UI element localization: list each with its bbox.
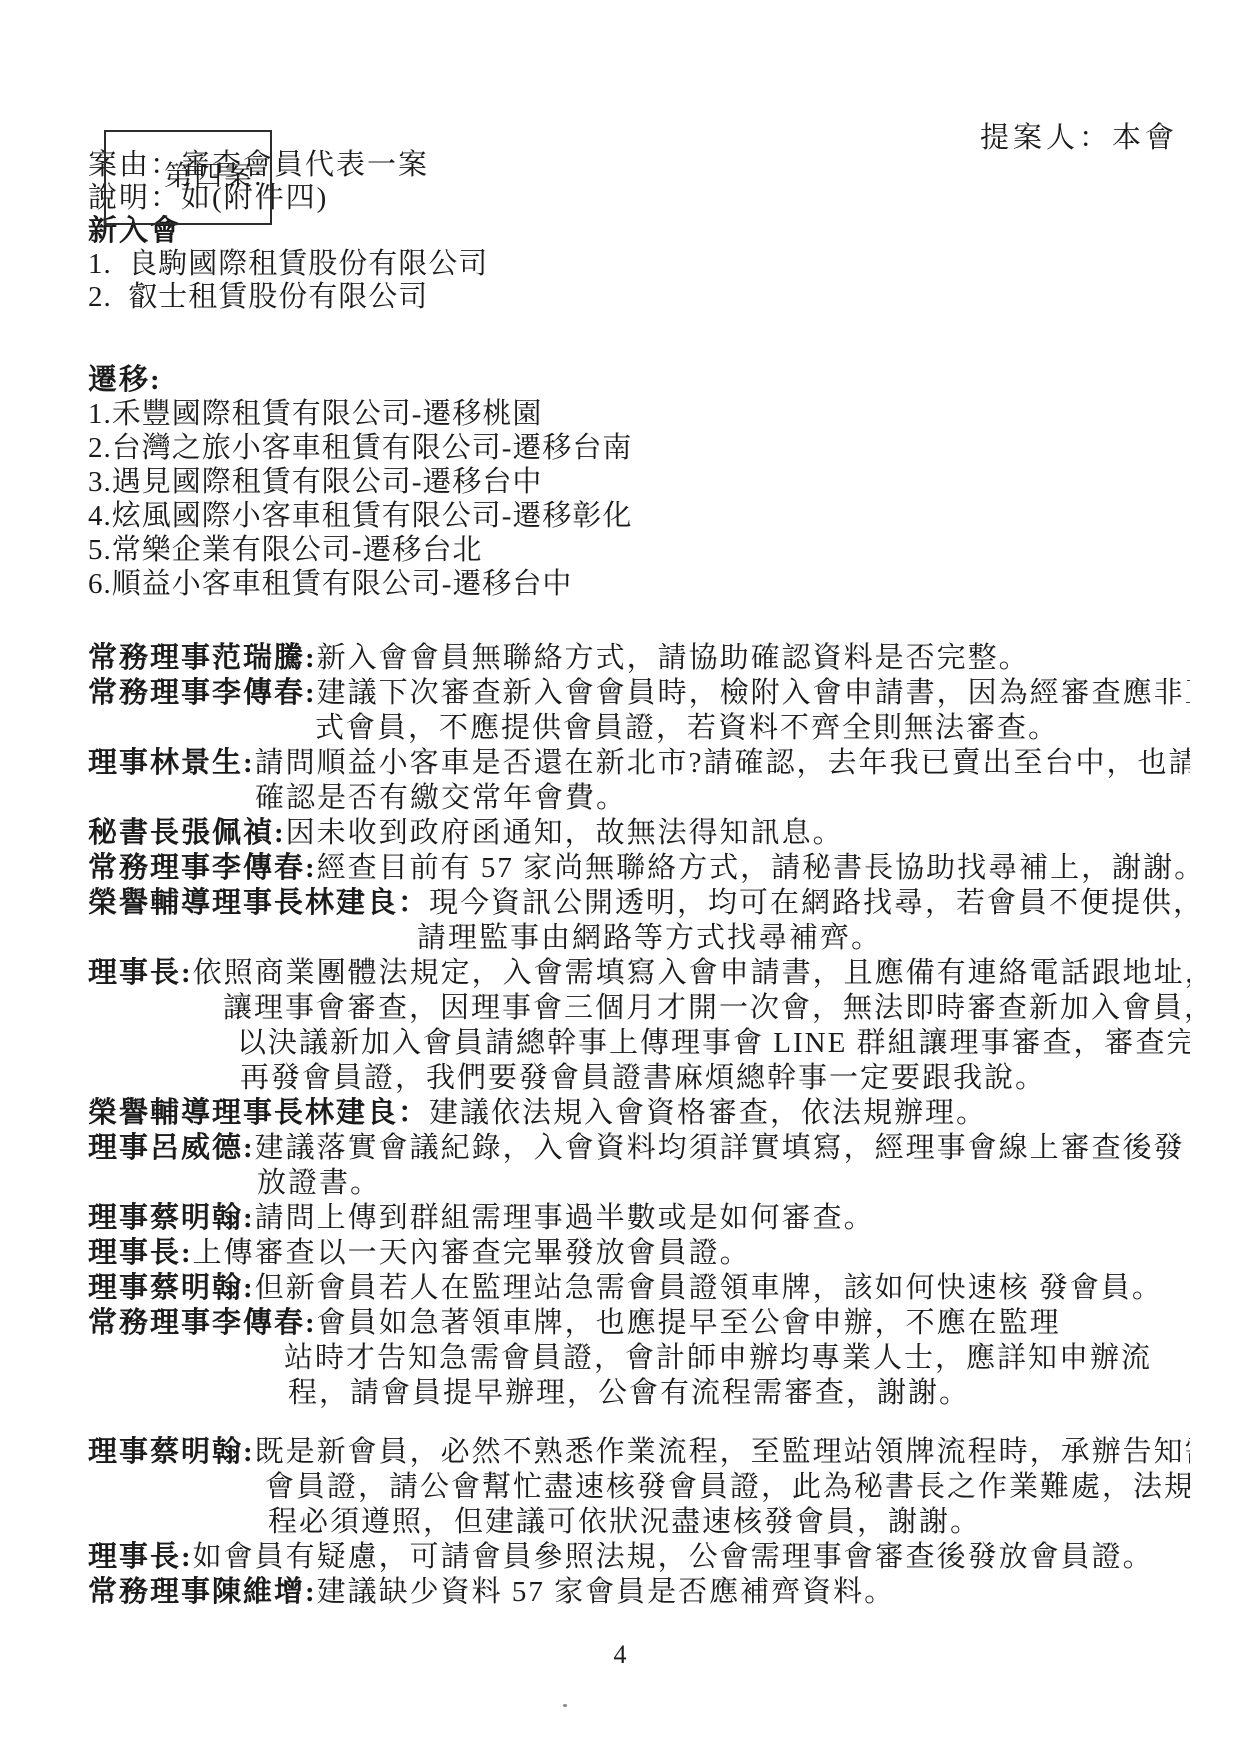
speech-text-continuation: 站時才告知急需會員證，會計師申辦均專業人士，應詳知申辦流 bbox=[284, 1341, 1190, 1376]
discussion-entry: 理事蔡明翰:但新會員若人在監理站急需會員證領車牌，該如何快速核 發會員。 bbox=[88, 1271, 1190, 1306]
relocations-section: 遷移: 1.禾豐國際租賃有限公司-遷移桃園2.台灣之旅小客車租賃有限公司-遷移台… bbox=[88, 364, 1190, 601]
scan-artifact-dot bbox=[563, 1704, 567, 1707]
speech-line: 理事林景生:請問順益小客車是否還在新北市?請確認，去年我已賣出至台中，也請 bbox=[88, 746, 1190, 781]
speaker-label: 常務理事李傳春: bbox=[88, 852, 317, 884]
list-item: 6.順益小客車租賃有限公司-遷移台中 bbox=[88, 567, 1190, 601]
speech-text-continuation: 再發會員證，我們要發會員證書麻煩總幹事一定要跟我說。 bbox=[240, 1061, 1190, 1096]
speaker-label: 榮譽輔導理事長林建良： bbox=[88, 1097, 429, 1129]
speaker-label: 理事蔡明翰: bbox=[88, 1202, 255, 1234]
speech-text: 經查目前有 57 家尚無聯絡方式，請秘書長協助找尋補上，謝謝。 bbox=[317, 852, 1190, 884]
speech-text: 建議下次審查新入會會員時，檢附入會申請書，因為經審查應非正 bbox=[317, 677, 1190, 709]
speech-line: 常務理事范瑞騰:新入會會員無聯絡方式，請協助確認資料是否完整。 bbox=[88, 641, 1190, 676]
speaker-label: 常務理事陳維增: bbox=[88, 1576, 317, 1608]
list-item: 3.遇見國際租賃有限公司-遷移台中 bbox=[88, 465, 1190, 499]
speech-text: 會員如急著領車牌，也應提早至公會申辦，不應在監理 bbox=[317, 1307, 1061, 1339]
speech-text-continuation: 放證書。 bbox=[257, 1166, 1190, 1201]
page-number: 4 bbox=[0, 1640, 1240, 1670]
speech-text-continuation: 讓理事會審查，因理事會三個月才開一次會，無法即時審查新加入會員，所 bbox=[223, 991, 1190, 1026]
discussion-entry: 常務理事李傳春:建議下次審查新入會會員時，檢附入會申請書，因為經審查應非正式會員… bbox=[88, 676, 1190, 746]
speech-line: 理事蔡明翰:既是新會員，必然不熟悉作業流程，至監理站領牌流程時，承辦告知需 bbox=[88, 1435, 1190, 1470]
speech-text: 上傳審查以一天內審查完畢發放會員證。 bbox=[193, 1237, 751, 1269]
speech-line: 秘書長張佩禎:因未收到政府函通知，故無法得知訊息。 bbox=[88, 816, 1190, 851]
case-number-label: 第四案: bbox=[164, 161, 264, 192]
speech-line: 理事呂威德:建議落實會議紀錄，入會資料均須詳實填寫，經理事會線上審查後發 bbox=[88, 1131, 1190, 1166]
discussion-entry: 理事長:依照商業團體法規定，入會需填寫入會申請書，且應備有連絡電話跟地址，讓理事… bbox=[88, 956, 1190, 1096]
discussion-entry: 常務理事李傳春:經查目前有 57 家尚無聯絡方式，請秘書長協助找尋補上，謝謝。 bbox=[88, 851, 1190, 886]
speech-text: 但新會員若人在監理站急需會員證領車牌，該如何快速核 發會員。 bbox=[255, 1272, 1163, 1304]
speech-line: 常務理事李傳春:建議下次審查新入會會員時，檢附入會申請書，因為經審查應非正 bbox=[88, 676, 1190, 711]
discussion-entry: 秘書長張佩禎:因未收到政府函通知，故無法得知訊息。 bbox=[88, 816, 1190, 851]
discussion-section: 常務理事范瑞騰:新入會會員無聯絡方式，請協助確認資料是否完整。常務理事李傳春:建… bbox=[88, 641, 1190, 1610]
speech-text: 如會員有疑慮，可請會員參照法規，公會需理事會審查後發放會員證。 bbox=[193, 1541, 1154, 1573]
speech-text-continuation: 程必須遵照，但建議可依狀況盡速核發會員，謝謝。 bbox=[268, 1505, 1190, 1540]
section-heading-relocations: 遷移: bbox=[88, 364, 1190, 397]
speaker-label: 秘書長張佩禎: bbox=[88, 817, 286, 849]
speech-line: 常務理事李傳春:經查目前有 57 家尚無聯絡方式，請秘書長協助找尋補上，謝謝。 bbox=[88, 851, 1190, 886]
speech-text-continuation: 會員證，請公會幫忙盡速核發會員證，此為秘書長之作業難處，法規流 bbox=[265, 1470, 1190, 1505]
speaker-label: 理事林景生: bbox=[88, 747, 255, 779]
discussion-entry: 榮譽輔導理事長林建良：現今資訊公開透明，均可在網路找尋，若會員不便提供，請理監事… bbox=[88, 886, 1190, 956]
document-page: 第四案: 提案人：本會 案由：審查會員代表一案 說明：如(附件四) 新入會 1.… bbox=[0, 0, 1240, 1755]
list-item: 1.禾豐國際租賃有限公司-遷移桃園 bbox=[88, 397, 1190, 431]
new-members-section: 新入會 1. 良駒國際租賃股份有限公司2. 叡士租賃股份有限公司 bbox=[88, 215, 1190, 314]
speech-text-continuation: 程，請會員提早辦理，公會有流程需審查，謝謝。 bbox=[288, 1376, 1190, 1411]
speaker-label: 榮譽輔導理事長林建良： bbox=[88, 887, 429, 919]
speech-text: 建議缺少資料 57 家會員是否應補齊資料。 bbox=[317, 1576, 896, 1608]
speech-text-continuation: 以決議新加入會員請總幹事上傳理事會 LINE 群組讓理事審查，審查完成後 bbox=[237, 1026, 1190, 1061]
discussion-entry: 理事蔡明翰:請問上傳到群組需理事過半數或是如何審查。 bbox=[88, 1201, 1190, 1236]
speech-text: 現今資訊公開透明，均可在網路找尋，若會員不便提供， bbox=[429, 887, 1190, 919]
discussion-entry: 理事林景生:請問順益小客車是否還在新北市?請確認，去年我已賣出至台中，也請確認是… bbox=[88, 746, 1190, 816]
speech-line: 理事長:上傳審查以一天內審查完畢發放會員證。 bbox=[88, 1236, 1190, 1271]
speech-line: 理事長:依照商業團體法規定，入會需填寫入會申請書，且應備有連絡電話跟地址， bbox=[88, 956, 1190, 991]
speech-text: 請問上傳到群組需理事過半數或是如何審查。 bbox=[255, 1202, 875, 1234]
proposer-label: 提案人：本會 bbox=[980, 115, 1178, 156]
discussion-entry: 常務理事陳維增:建議缺少資料 57 家會員是否應補齊資料。 bbox=[88, 1575, 1190, 1610]
speech-text: 新入會會員無聯絡方式，請協助確認資料是否完整。 bbox=[317, 642, 1030, 674]
discussion-entry: 理事蔡明翰:既是新會員，必然不熟悉作業流程，至監理站領牌流程時，承辦告知需會員證… bbox=[88, 1435, 1190, 1540]
speech-line: 理事蔡明翰:但新會員若人在監理站急需會員證領車牌，該如何快速核 發會員。 bbox=[88, 1271, 1190, 1306]
speaker-label: 理事呂威德: bbox=[88, 1132, 255, 1164]
speech-text-continuation: 確認是否有繳交常年會費。 bbox=[255, 781, 1190, 816]
list-item: 5.常樂企業有限公司-遷移台北 bbox=[88, 533, 1190, 567]
relocations-list: 1.禾豐國際租賃有限公司-遷移桃園2.台灣之旅小客車租賃有限公司-遷移台南3.遇… bbox=[88, 397, 1190, 601]
speech-text: 建議依法規入會資格審查，依法規辦理。 bbox=[429, 1097, 987, 1129]
speech-line: 榮譽輔導理事長林建良：現今資訊公開透明，均可在網路找尋，若會員不便提供， bbox=[88, 886, 1190, 921]
speech-text: 既是新會員，必然不熟悉作業流程，至監理站領牌流程時，承辦告知需 bbox=[255, 1436, 1190, 1468]
speech-line: 理事蔡明翰:請問上傳到群組需理事過半數或是如何審查。 bbox=[88, 1201, 1190, 1236]
case-number-box: 第四案: bbox=[104, 130, 272, 225]
speech-line: 榮譽輔導理事長林建良：建議依法規入會資格審查，依法規辦理。 bbox=[88, 1096, 1190, 1131]
speaker-label: 理事蔡明翰: bbox=[88, 1436, 255, 1468]
speaker-label: 常務理事李傳春: bbox=[88, 1307, 317, 1339]
speech-text-continuation: 請理監事由網路等方式找尋補齊。 bbox=[417, 921, 1190, 956]
speaker-label: 理事長: bbox=[88, 957, 193, 989]
speech-line: 常務理事李傳春:會員如急著領車牌，也應提早至公會申辦，不應在監理 bbox=[88, 1306, 1190, 1341]
discussion-entry: 榮譽輔導理事長林建良：建議依法規入會資格審查，依法規辦理。 bbox=[88, 1096, 1190, 1131]
list-item: 2.台灣之旅小客車租賃有限公司-遷移台南 bbox=[88, 431, 1190, 465]
list-item: 2. 叡士租賃股份有限公司 bbox=[88, 281, 1190, 314]
discussion-entry: 常務理事范瑞騰:新入會會員無聯絡方式，請協助確認資料是否完整。 bbox=[88, 641, 1190, 676]
speaker-label: 常務理事范瑞騰: bbox=[88, 642, 317, 674]
speech-line: 理事長:如會員有疑慮，可請會員參照法規，公會需理事會審查後發放會員證。 bbox=[88, 1540, 1190, 1575]
discussion-entry: 理事長:上傳審查以一天內審查完畢發放會員證。 bbox=[88, 1236, 1190, 1271]
speech-text-continuation: 式會員，不應提供會員證，若資料不齊全則無法審查。 bbox=[315, 711, 1190, 746]
header-row: 第四案: 提案人：本會 bbox=[88, 112, 1190, 149]
discussion-entry: 理事呂威德:建議落實會議紀錄，入會資料均須詳實填寫，經理事會線上審查後發放證書。 bbox=[88, 1131, 1190, 1201]
list-item: 1. 良駒國際租賃股份有限公司 bbox=[88, 248, 1190, 281]
list-item: 4.炫風國際小客車租賃有限公司-遷移彰化 bbox=[88, 499, 1190, 533]
speaker-label: 理事長: bbox=[88, 1237, 193, 1269]
speech-text: 依照商業團體法規定，入會需填寫入會申請書，且應備有連絡電話跟地址， bbox=[193, 957, 1190, 989]
speaker-label: 理事蔡明翰: bbox=[88, 1272, 255, 1304]
speech-text: 因未收到政府函通知，故無法得知訊息。 bbox=[286, 817, 844, 849]
speaker-label: 常務理事李傳春: bbox=[88, 677, 317, 709]
speech-line: 常務理事陳維增:建議缺少資料 57 家會員是否應補齊資料。 bbox=[88, 1575, 1190, 1610]
discussion-entry: 理事長:如會員有疑慮，可請會員參照法規，公會需理事會審查後發放會員證。 bbox=[88, 1540, 1190, 1575]
discussion-entry: 常務理事李傳春:會員如急著領車牌，也應提早至公會申辦，不應在監理站時才告知急需會… bbox=[88, 1306, 1190, 1411]
speech-text: 建議落實會議紀錄，入會資料均須詳實填寫，經理事會線上審查後發 bbox=[255, 1132, 1185, 1164]
new-members-list: 1. 良駒國際租賃股份有限公司2. 叡士租賃股份有限公司 bbox=[88, 248, 1190, 314]
speaker-label: 理事長: bbox=[88, 1541, 193, 1573]
speech-text: 請問順益小客車是否還在新北市?請確認，去年我已賣出至台中，也請 bbox=[255, 747, 1190, 779]
